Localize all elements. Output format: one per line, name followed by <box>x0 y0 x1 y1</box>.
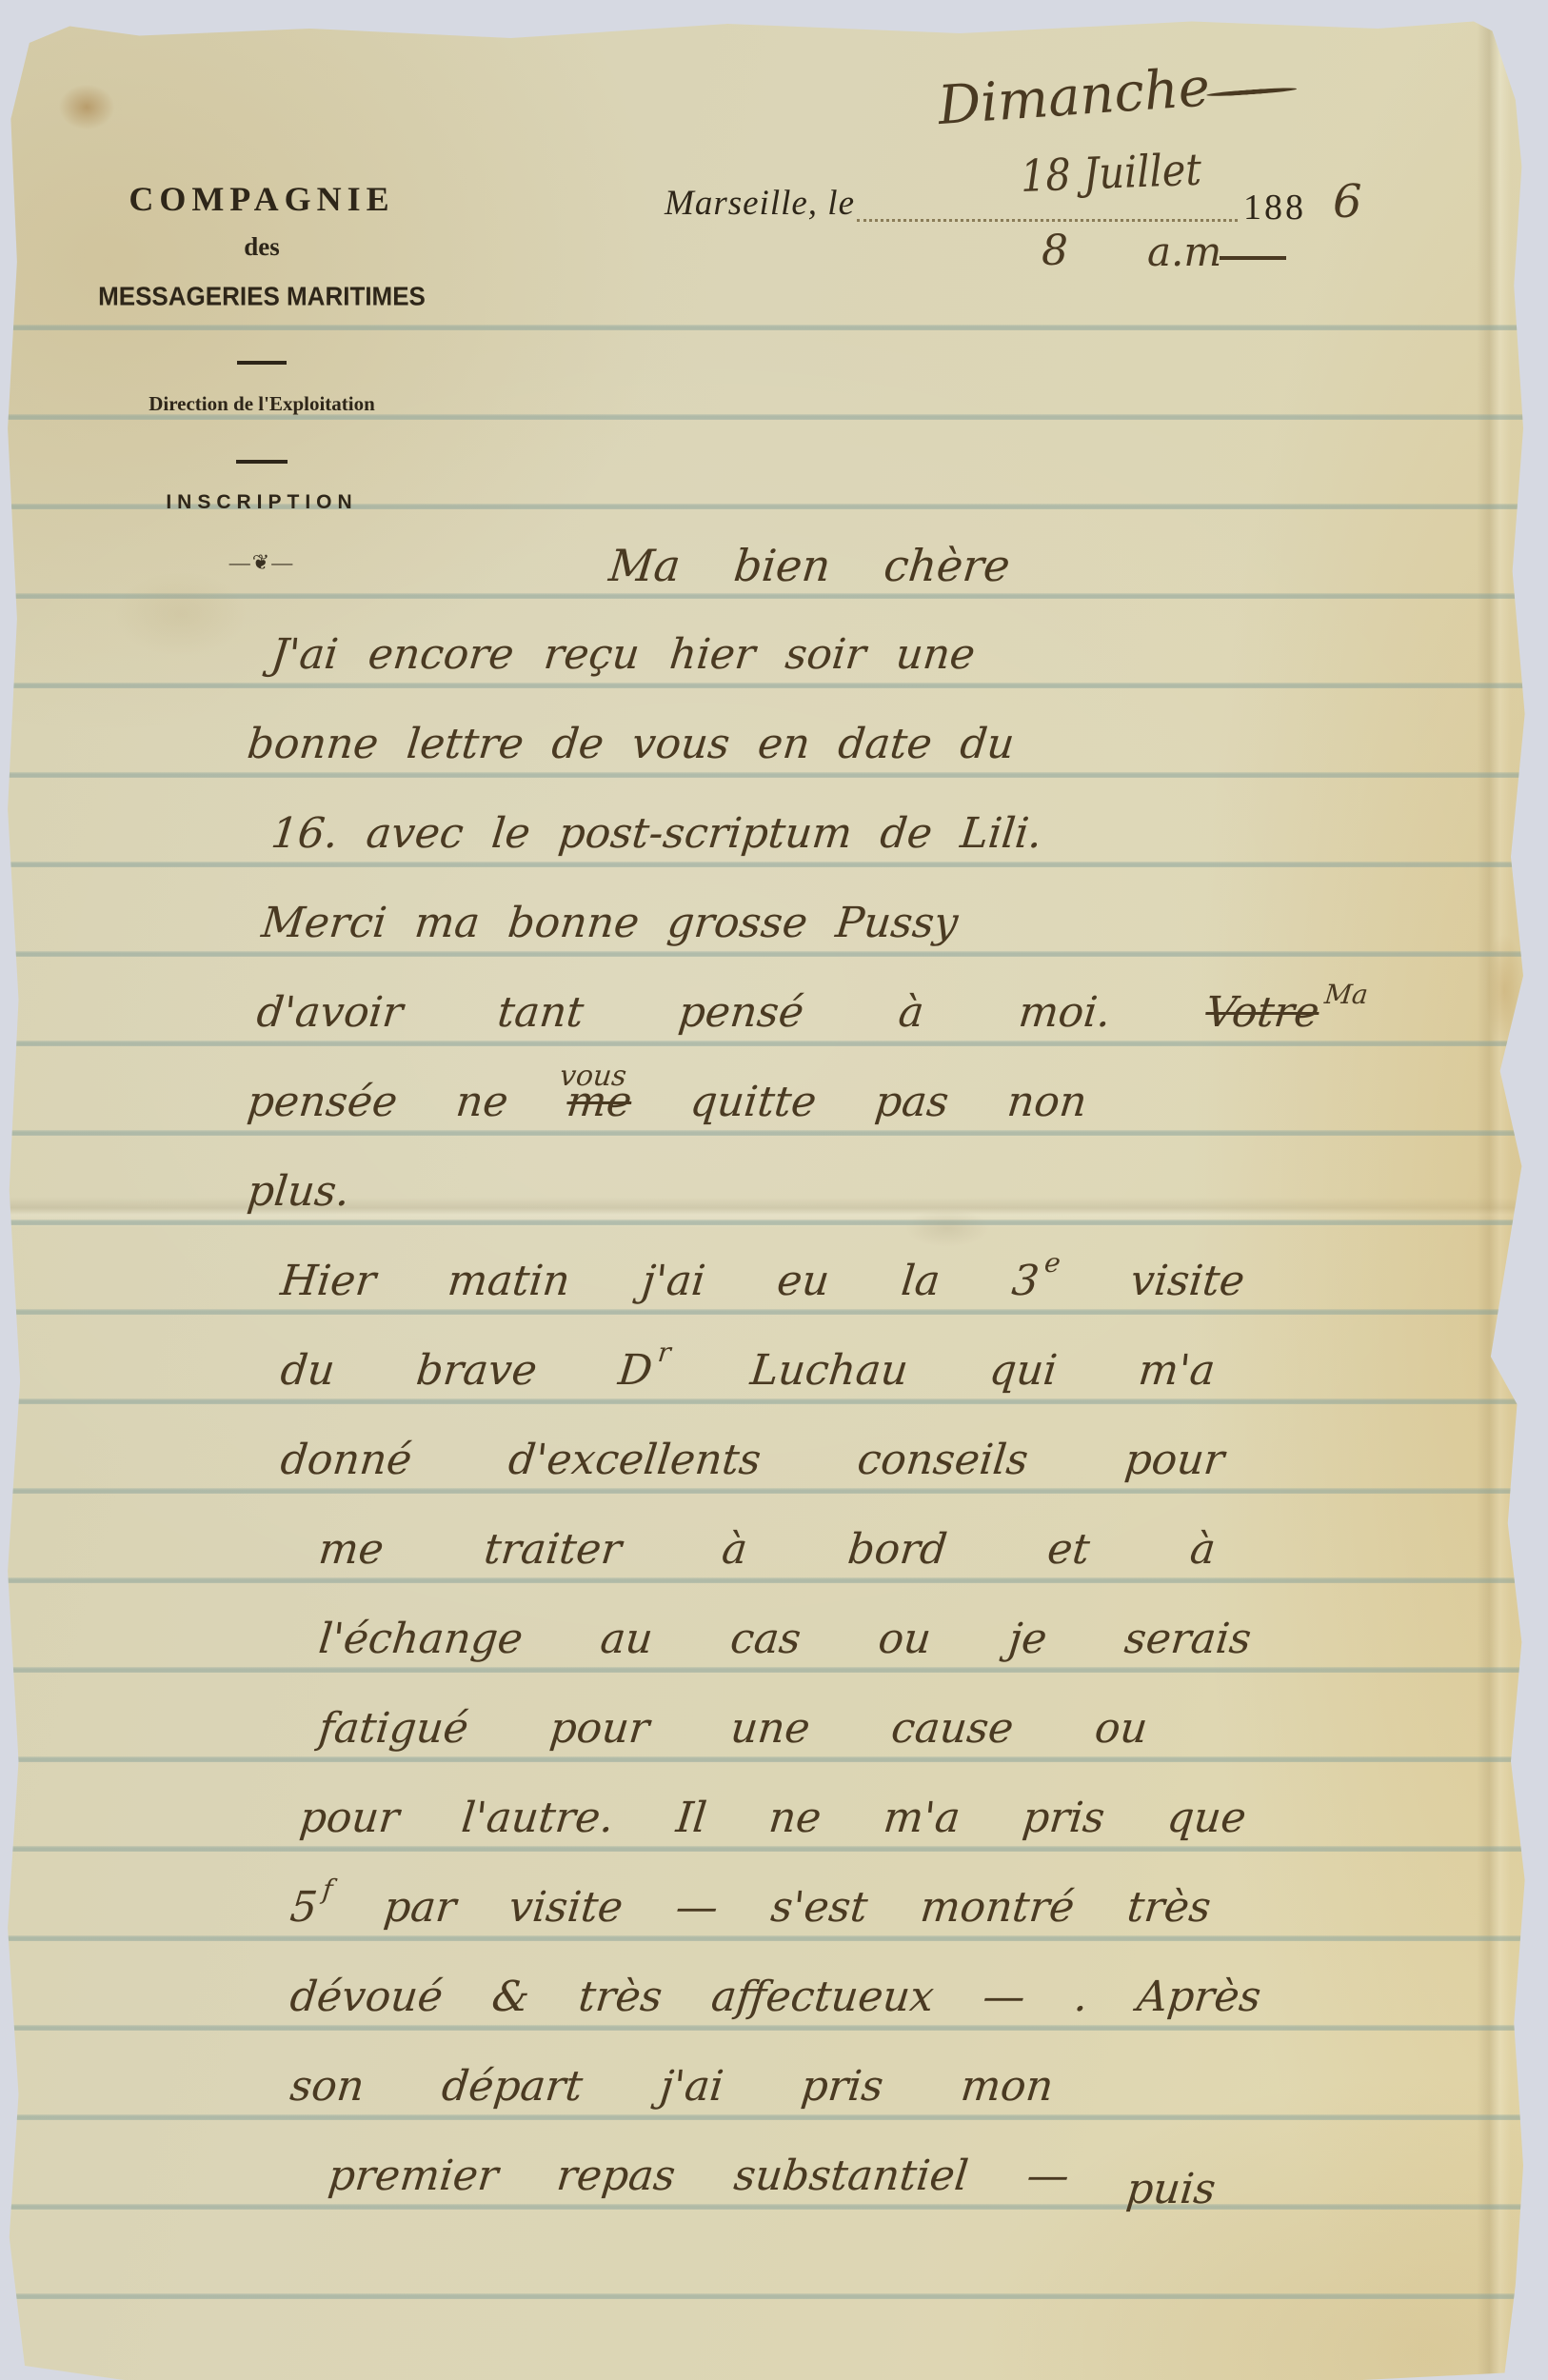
letter-line-1: J'ai encore reçu hier soir une <box>267 610 980 700</box>
letter-text: plus. <box>245 1167 352 1216</box>
letterhead-flourish-ornament: —❦— <box>86 550 438 575</box>
letter-line-18: premier repas substantiel — puis <box>324 2132 1221 2221</box>
letter-line-6: pensée ne mevous quitte pas non <box>243 1058 1091 1147</box>
letter-text: me traiter à bord et à <box>316 1525 1218 1574</box>
letter-line-13: fatigué pour une cause ou <box>314 1684 1152 1774</box>
letter-text: fatigué pour une cause ou <box>316 1704 1150 1753</box>
printed-year-prefix: 188 <box>1243 187 1306 228</box>
letter-text: J'ai encore reçu hier soir une <box>268 630 977 679</box>
letter-text: Merci ma bonne grosse Pussy <box>259 899 960 947</box>
letter-text: d'avoir tant pensé à moi. <box>254 988 1208 1037</box>
letter-line-12: l'échange au cas ou je serais <box>314 1595 1256 1684</box>
printed-divider-dash <box>86 352 438 369</box>
letter-text: quitte pas non <box>629 1078 1089 1126</box>
salutation: Ma bien chère <box>605 521 1014 610</box>
letterhead-section: INSCRIPTION <box>86 491 438 514</box>
letter-line-3: 16. avec le post-scriptum de Lili. <box>267 789 1046 879</box>
handwritten-date: 18 Juillet <box>1020 144 1202 202</box>
letter-line-7: plus. <box>243 1147 354 1237</box>
letter-text: puis <box>1121 2145 1220 2234</box>
letter-line-15: 5f par visite — s'est montré très <box>286 1863 1216 1953</box>
letterhead-company-des: des <box>86 232 438 262</box>
handwritten-time-hour: 8 <box>1042 227 1068 275</box>
letterhead-department: Direction de l'Exploitation <box>86 392 438 416</box>
letter-text: du brave D <box>278 1346 654 1395</box>
letter-text: Hier matin j'ai eu la 3 <box>278 1257 1042 1305</box>
printed-place-line: Marseille, le <box>665 183 855 224</box>
letter-text: pensée ne <box>245 1078 569 1126</box>
letter-text: 16. avec le post-scriptum de Lili. <box>268 809 1044 858</box>
letter-text: dévoué & très affectueux — . Après <box>288 1973 1263 2021</box>
letter-text: pour l'autre. Il ne m'a pris que <box>297 1794 1248 1842</box>
letter-paper: COMPAGNIE des MESSAGERIES MARITIMES Dire… <box>0 0 1548 2380</box>
letter-line-17: son départ j'ai pris mon <box>286 2042 1058 2132</box>
letter-line-9: du brave Dr Luchau qui m'a <box>276 1326 1220 1416</box>
letter-line-14: pour l'autre. Il ne m'a pris que <box>295 1774 1251 1863</box>
letter-line-10: donné d'excellents conseils pour <box>276 1416 1229 1505</box>
letter-text: bonne lettre de vous en date du <box>245 720 1017 768</box>
letter-line-11: me traiter à bord et à <box>314 1505 1220 1595</box>
letter-line-2: bonne lettre de vous en date du <box>243 700 1019 789</box>
printed-divider-dash <box>86 451 438 468</box>
handwritten-day: Dimanche <box>936 50 1299 137</box>
handwritten-year-digit: 6 <box>1333 175 1362 228</box>
letter-text: l'échange au cas ou je serais <box>316 1615 1253 1663</box>
struck-word: Votre <box>1203 988 1321 1037</box>
letter-text: son départ j'ai pris mon <box>288 2062 1055 2111</box>
letter-text: Luchau qui m'a <box>666 1346 1218 1395</box>
letter-text: visite <box>1056 1257 1247 1305</box>
letter-line-4: Merci ma bonne grosse Pussy <box>257 879 963 968</box>
letter-text: par visite — s'est montré très <box>328 1883 1214 1932</box>
letterhead-company-maritimes: MESSAGERIES MARITIMES <box>86 281 438 312</box>
letter-text: donné d'excellents conseils pour <box>278 1436 1226 1484</box>
handwritten-time-suffix: a.m <box>1147 228 1286 275</box>
letter-line-16: dévoué & très affectueux — . Après <box>286 1953 1265 2042</box>
letter-text: 5 <box>288 1883 319 1932</box>
letter-line-5: d'avoir tant pensé à moi. VotreMa <box>252 968 1371 1058</box>
letterhead-company-name: COMPAGNIE <box>86 179 438 219</box>
letter-line-8: Hier matin j'ai eu la 3e visite <box>276 1237 1249 1326</box>
letter-text: premier repas substantiel — <box>326 2152 1130 2200</box>
